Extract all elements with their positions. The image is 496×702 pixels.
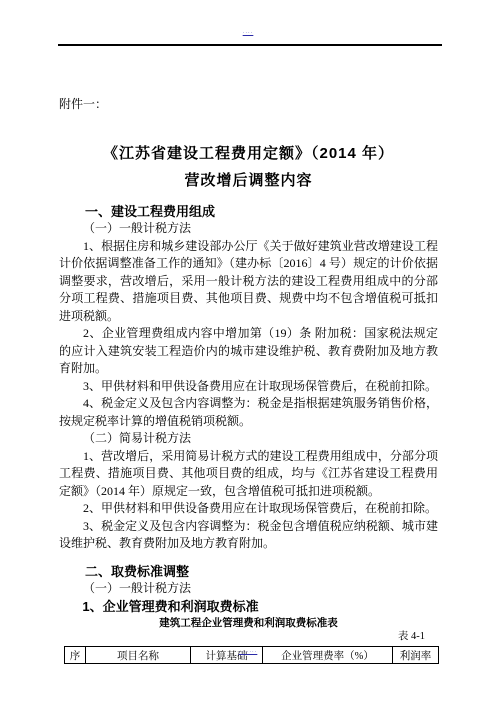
subsection-heading: （一）一般计税方法 xyxy=(59,580,438,598)
subsection-heading: （一）一般计税方法 xyxy=(59,220,438,238)
col-mgmt-fee-rate: 企业管理费率（%） xyxy=(263,647,393,664)
paragraph: 4、税金定义及包含内容调整为：税金是指根据建筑服务销售价格，按规定税率计算的增值… xyxy=(59,395,438,430)
subsection-heading: （二）简易计税方法 xyxy=(59,430,438,448)
section-heading-1: 一、建设工程费用组成 xyxy=(59,203,438,221)
paragraph: 2、企业管理费组成内容中增加第（19）条 附加税：国家税法规定的应计入建筑安装工… xyxy=(59,325,438,378)
doc-title-line1: 《江苏省建设工程费用定额》（2014 年） xyxy=(59,143,438,165)
attachment-label: 附件一： xyxy=(59,96,438,114)
item-heading: 1、企业管理费和利润取费标准 xyxy=(59,598,438,616)
col-profit-rate: 利润率 xyxy=(393,647,439,664)
col-seq: 序 xyxy=(65,647,86,664)
header-rule xyxy=(58,44,442,46)
paragraph: 3、税金定义及包含内容调整为：税金包含增值税应纳税额、城市建设维护税、教育费附加… xyxy=(59,518,438,553)
table-ref-label: 表 4-1 xyxy=(59,631,438,643)
table-title: 建筑工程企业管理费和利润取费标准表 xyxy=(59,617,438,630)
header-link[interactable]: ···· xyxy=(243,31,254,37)
doc-title-line2: 营改增后调整内容 xyxy=(59,170,438,192)
col-item-name: 项目名称 xyxy=(86,647,191,664)
section-heading-2: 二、取费标准调整 xyxy=(59,563,438,581)
footer-link[interactable]: ······· xyxy=(239,650,258,656)
paragraph: 3、甲供材料和甲供设备费用应在计取现场保管费后，在税前扣除。 xyxy=(59,378,438,396)
paragraph: 1、营改增后，采用简易计税方式的建设工程费用组成中，分部分项工程费、措施项目费、… xyxy=(59,448,438,501)
document-body: 附件一： 《江苏省建设工程费用定额》（2014 年） 营改增后调整内容 一、建设… xyxy=(59,96,438,664)
paragraph: 1、根据住房和城乡建设部办公厅《关于做好建筑业营改增建设工程计价依据调整准备工作… xyxy=(59,238,438,326)
document-page: ···· 附件一： 《江苏省建设工程费用定额》（2014 年） 营改增后调整内容… xyxy=(0,0,496,702)
paragraph: 2、甲供材料和甲供设备费用应在计取现场保管费后，在税前扣除。 xyxy=(59,500,438,518)
